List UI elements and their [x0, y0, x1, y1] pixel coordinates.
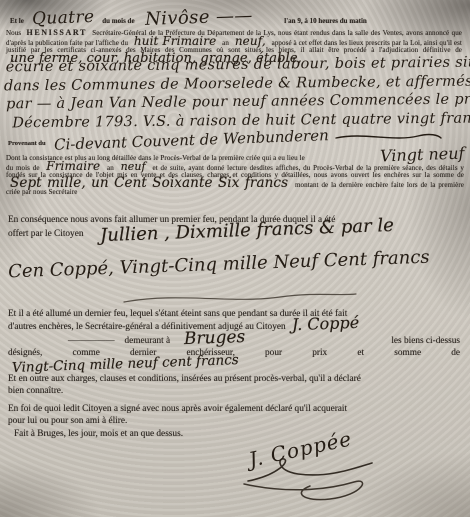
dernier-feu-paragraph: Et il a été allumé un dernier feu, leque…: [8, 308, 460, 372]
residence-suffix: les biens ci-dessus: [391, 335, 460, 347]
handwritten-final-price: Vingt-Cinq mille neuf cent francs: [12, 357, 239, 372]
handwritten-second-bid: Cen Coppé, Vingt-Cinq mille Neuf Cent fr…: [8, 247, 430, 283]
handwritten-day: Quatre: [31, 7, 94, 29]
handwritten-criee-day: Vingt neuf: [379, 150, 464, 161]
consistance-rest: du mois de Frimaire an neuf et de suite,…: [6, 163, 464, 197]
blank-rule: —————: [68, 335, 114, 347]
charges-line-1: Et en outre aux charges, clauses et cond…: [8, 374, 361, 384]
document-scan: Et le Quatre du mois de Nivôse —— l'an 9…: [0, 0, 470, 517]
swash-flourish-icon: [334, 129, 444, 145]
residence-line: ————— demeurant à Bruges les biens ci-de…: [8, 334, 460, 347]
closing-line: Fait à Bruges, les jour, mois et an que …: [14, 428, 183, 440]
intro-pre: Nous: [6, 29, 21, 37]
provenance-printed: Provenant du: [8, 140, 46, 147]
charges-line-2: bien connaître.: [8, 386, 63, 396]
date-line: Et le Quatre du mois de Nivôse —— l'an 9…: [10, 7, 460, 28]
charges-paragraph: Et en outre aux charges, clauses et cond…: [8, 373, 460, 398]
date-mid: du mois de: [102, 17, 134, 25]
signature-block: J. Coppée: [248, 437, 384, 507]
premier-feu-line-2: offert par le Citoyen: [8, 229, 83, 239]
foi-paragraph: En foi de quoi ledit Citoyen a signé ave…: [8, 403, 460, 428]
consistance-section: Dont la consistance est plus au long dét…: [6, 151, 464, 197]
handwritten-month: Nivôse ——: [144, 5, 252, 30]
divider-flourish-icon: [120, 288, 360, 308]
handwritten-provenance: Ci-devant Couvent de Wenbunderen: [53, 126, 328, 154]
premier-feu-paragraph: En conséquence nous avons fait allumer u…: [8, 214, 460, 241]
foi-line-2: pour lui ou pour son ami à élire.: [8, 416, 127, 426]
handwritten-property-description: écurie et soixante cinq mesures de labou…: [4, 54, 467, 133]
handwritten-first-bid: Jullien , Dixmille francs & par le: [100, 221, 394, 241]
foi-line-1: En foi de quoi ledit Citoyen a signé ave…: [8, 404, 347, 414]
handwritten-buyer-name: J. Coppé: [292, 319, 359, 330]
date-suffix: l'an 9, à 10 heures du matin: [284, 17, 367, 25]
official-name: HENISSART: [27, 28, 87, 37]
date-prefix: Et le: [10, 17, 24, 25]
residence-printed: demeurant à: [124, 335, 170, 347]
handwritten-city: Bruges: [184, 333, 246, 344]
